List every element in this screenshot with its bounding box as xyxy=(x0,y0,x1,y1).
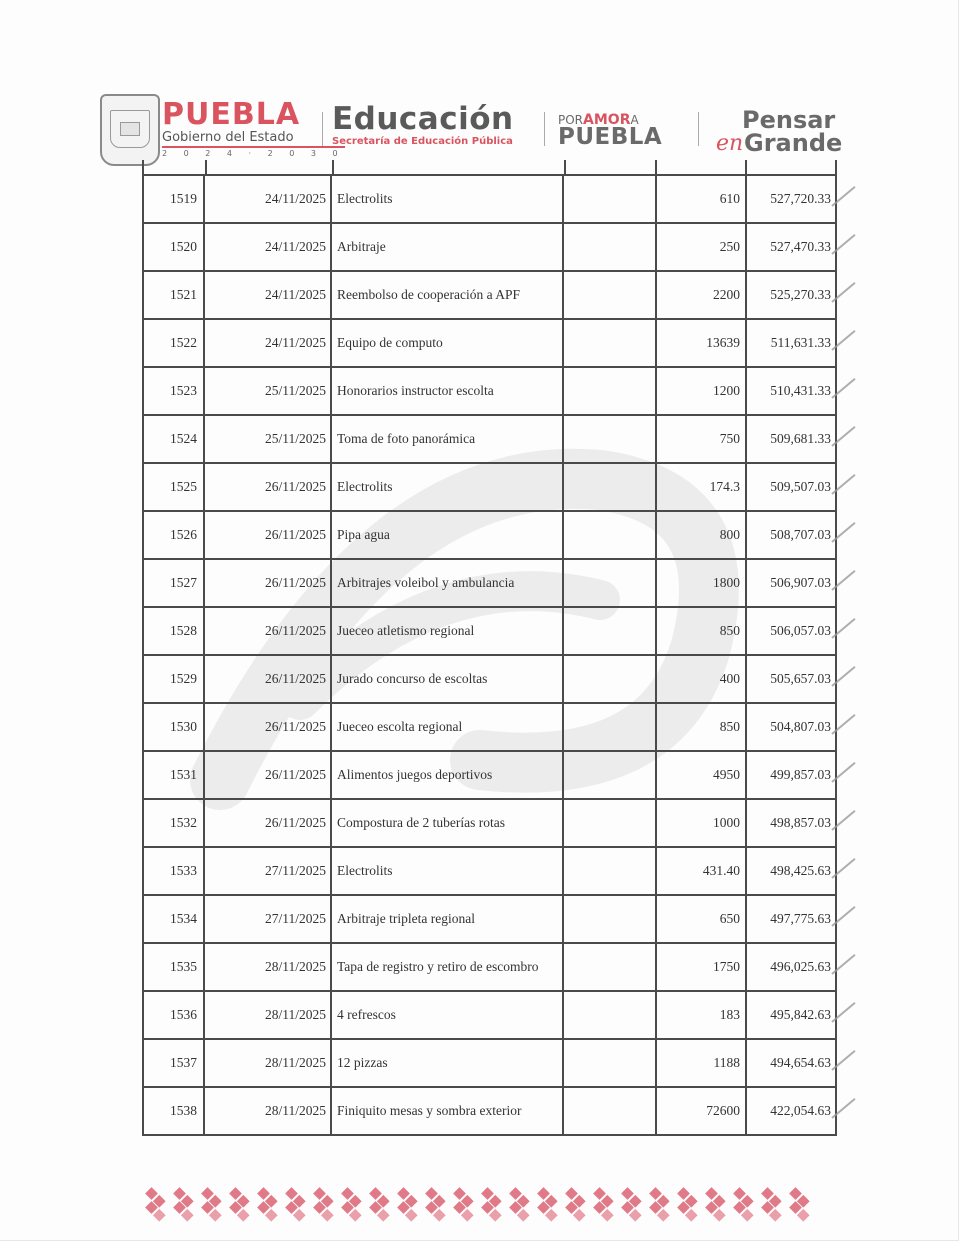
entry-amount: 610 xyxy=(656,175,746,223)
entry-blank xyxy=(563,175,656,223)
tile-motif-icon xyxy=(286,1185,308,1215)
tile-motif-icon xyxy=(594,1185,616,1215)
table-row: 1536 28/11/2025 4 refrescos 183 495,842.… xyxy=(143,991,836,1039)
entry-amount: 850 xyxy=(656,607,746,655)
entry-date: 25/11/2025 xyxy=(204,367,331,415)
entry-balance: 527,470.33 xyxy=(746,223,836,271)
entry-number: 1529 xyxy=(143,655,204,703)
entry-date: 28/11/2025 xyxy=(204,943,331,991)
entry-balance: 506,057.03 xyxy=(746,607,836,655)
entry-number: 1536 xyxy=(143,991,204,1039)
entry-description: Alimentos juegos deportivos xyxy=(331,751,563,799)
entry-date: 27/11/2025 xyxy=(204,895,331,943)
entry-number: 1530 xyxy=(143,703,204,751)
tile-motif-icon xyxy=(398,1185,420,1215)
entry-blank xyxy=(563,751,656,799)
entry-blank xyxy=(563,1039,656,1087)
entry-date: 26/11/2025 xyxy=(204,799,331,847)
entry-blank xyxy=(563,367,656,415)
table-row: 1523 25/11/2025 Honorarios instructor es… xyxy=(143,367,836,415)
entry-amount: 850 xyxy=(656,703,746,751)
entry-balance: 527,720.33 xyxy=(746,175,836,223)
entry-number: 1525 xyxy=(143,463,204,511)
entry-date: 26/11/2025 xyxy=(204,511,331,559)
table-row: 1522 24/11/2025 Equipo de computo 13639 … xyxy=(143,319,836,367)
education-subtitle: Secretaría de Educación Pública xyxy=(332,136,514,148)
entry-date: 28/11/2025 xyxy=(204,991,331,1039)
entry-blank xyxy=(563,607,656,655)
entry-balance: 498,857.03 xyxy=(746,799,836,847)
entry-amount: 13639 xyxy=(656,319,746,367)
entry-description: Jurado concurso de escoltas xyxy=(331,655,563,703)
entry-number: 1522 xyxy=(143,319,204,367)
entry-number: 1535 xyxy=(143,943,204,991)
entry-balance: 525,270.33 xyxy=(746,271,836,319)
table-row: 1525 26/11/2025 Electrolits 174.3 509,50… xyxy=(143,463,836,511)
table-row: 1526 26/11/2025 Pipa agua 800 508,707.03 xyxy=(143,511,836,559)
entry-date: 27/11/2025 xyxy=(204,847,331,895)
state-name: PUEBLA xyxy=(162,100,345,130)
entry-blank xyxy=(563,991,656,1039)
entry-date: 24/11/2025 xyxy=(204,319,331,367)
grande-word: Grande xyxy=(744,130,842,156)
tile-motif-icon xyxy=(622,1185,644,1215)
entry-balance: 499,857.03 xyxy=(746,751,836,799)
entry-description: Electrolits xyxy=(331,463,563,511)
entry-date: 24/11/2025 xyxy=(204,223,331,271)
entry-description: Electrolits xyxy=(331,847,563,895)
expense-ledger-table: 1519 24/11/2025 Electrolits 610 527,720.… xyxy=(142,174,837,1136)
table-row: 1521 24/11/2025 Reembolso de cooperación… xyxy=(143,271,836,319)
tile-motif-icon xyxy=(762,1185,784,1215)
tile-motif-icon xyxy=(538,1185,560,1215)
state-logo: PUEBLA Gobierno del Estado 2 0 2 4 · 2 0… xyxy=(162,100,345,159)
table-row: 1533 27/11/2025 Electrolits 431.40 498,4… xyxy=(143,847,836,895)
entry-balance: 508,707.03 xyxy=(746,511,836,559)
entry-number: 1519 xyxy=(143,175,204,223)
entry-number: 1520 xyxy=(143,223,204,271)
entry-number: 1527 xyxy=(143,559,204,607)
footer-decoration xyxy=(146,1185,816,1219)
tile-motif-icon xyxy=(566,1185,588,1215)
logo-divider xyxy=(698,112,699,146)
tile-motif-icon xyxy=(734,1185,756,1215)
entry-description: Toma de foto panorámica xyxy=(331,415,563,463)
logo-divider xyxy=(322,112,323,146)
entry-number: 1528 xyxy=(143,607,204,655)
letterhead: PUEBLA Gobierno del Estado 2 0 2 4 · 2 0… xyxy=(98,92,878,172)
entry-amount: 72600 xyxy=(656,1087,746,1135)
entry-description: Compostura de 2 tuberías rotas xyxy=(331,799,563,847)
entry-date: 28/11/2025 xyxy=(204,1087,331,1135)
table-row: 1535 28/11/2025 Tapa de registro y retir… xyxy=(143,943,836,991)
entry-description: Equipo de computo xyxy=(331,319,563,367)
entry-date: 25/11/2025 xyxy=(204,415,331,463)
entry-balance: 510,431.33 xyxy=(746,367,836,415)
entry-blank xyxy=(563,655,656,703)
entry-date: 26/11/2025 xyxy=(204,751,331,799)
entry-amount: 650 xyxy=(656,895,746,943)
entry-blank xyxy=(563,1087,656,1135)
entry-balance: 505,657.03 xyxy=(746,655,836,703)
entry-balance: 509,507.03 xyxy=(746,463,836,511)
entry-description: Finiquito mesas y sombra exterior xyxy=(331,1087,563,1135)
entry-amount: 431.40 xyxy=(656,847,746,895)
entry-description: 12 pizzas xyxy=(331,1039,563,1087)
entry-blank xyxy=(563,415,656,463)
tile-motif-icon xyxy=(342,1185,364,1215)
entry-balance: 422,054.63 xyxy=(746,1087,836,1135)
table-row: 1532 26/11/2025 Compostura de 2 tuberías… xyxy=(143,799,836,847)
table-row: 1524 25/11/2025 Toma de foto panorámica … xyxy=(143,415,836,463)
entry-amount: 174.3 xyxy=(656,463,746,511)
entry-blank xyxy=(563,943,656,991)
entry-date: 26/11/2025 xyxy=(204,607,331,655)
tile-motif-icon xyxy=(314,1185,336,1215)
entry-balance: 494,654.63 xyxy=(746,1039,836,1087)
tile-motif-icon xyxy=(146,1185,168,1215)
table-row: 1519 24/11/2025 Electrolits 610 527,720.… xyxy=(143,175,836,223)
entry-blank xyxy=(563,559,656,607)
entry-blank xyxy=(563,271,656,319)
entry-number: 1524 xyxy=(143,415,204,463)
entry-amount: 1750 xyxy=(656,943,746,991)
tile-motif-icon xyxy=(454,1185,476,1215)
entry-amount: 1200 xyxy=(656,367,746,415)
tile-motif-icon xyxy=(790,1185,812,1215)
entry-balance: 511,631.33 xyxy=(746,319,836,367)
entry-amount: 1000 xyxy=(656,799,746,847)
tile-motif-icon xyxy=(650,1185,672,1215)
table-row: 1538 28/11/2025 Finiquito mesas y sombra… xyxy=(143,1087,836,1135)
entry-balance: 498,425.63 xyxy=(746,847,836,895)
entry-number: 1521 xyxy=(143,271,204,319)
entry-balance: 495,842.63 xyxy=(746,991,836,1039)
entry-amount: 800 xyxy=(656,511,746,559)
entry-date: 26/11/2025 xyxy=(204,655,331,703)
logo-divider xyxy=(544,112,545,146)
tile-motif-icon xyxy=(370,1185,392,1215)
table-row: 1527 26/11/2025 Arbitrajes voleibol y am… xyxy=(143,559,836,607)
entry-number: 1533 xyxy=(143,847,204,895)
table-row: 1537 28/11/2025 12 pizzas 1188 494,654.6… xyxy=(143,1039,836,1087)
tile-motif-icon xyxy=(510,1185,532,1215)
entry-blank xyxy=(563,847,656,895)
entry-balance: 509,681.33 xyxy=(746,415,836,463)
table-row: 1534 27/11/2025 Arbitraje tripleta regio… xyxy=(143,895,836,943)
entry-description: Arbitrajes voleibol y ambulancia xyxy=(331,559,563,607)
tile-motif-icon xyxy=(706,1185,728,1215)
entry-description: Tapa de registro y retiro de escombro xyxy=(331,943,563,991)
education-logo: Educación Secretaría de Educación Públic… xyxy=(332,102,514,148)
entry-balance: 506,907.03 xyxy=(746,559,836,607)
state-crest-icon xyxy=(100,94,160,166)
tile-motif-icon xyxy=(174,1185,196,1215)
entry-number: 1523 xyxy=(143,367,204,415)
entry-number: 1531 xyxy=(143,751,204,799)
entry-balance: 496,025.63 xyxy=(746,943,836,991)
entry-amount: 1188 xyxy=(656,1039,746,1087)
entry-date: 26/11/2025 xyxy=(204,703,331,751)
entry-date: 26/11/2025 xyxy=(204,559,331,607)
entry-date: 24/11/2025 xyxy=(204,175,331,223)
tile-motif-icon xyxy=(258,1185,280,1215)
tile-motif-icon xyxy=(678,1185,700,1215)
entry-number: 1526 xyxy=(143,511,204,559)
entry-amount: 750 xyxy=(656,415,746,463)
tile-motif-icon xyxy=(426,1185,448,1215)
tile-motif-icon xyxy=(230,1185,252,1215)
entry-blank xyxy=(563,463,656,511)
entry-description: Honorarios instructor escolta xyxy=(331,367,563,415)
tile-motif-icon xyxy=(482,1185,504,1215)
entry-description: Pipa agua xyxy=(331,511,563,559)
entry-blank xyxy=(563,511,656,559)
state-subtitle: Gobierno del Estado xyxy=(162,130,345,148)
amor-puebla: PUEBLA xyxy=(558,126,662,148)
entry-blank xyxy=(563,799,656,847)
table-row: 1529 26/11/2025 Jurado concurso de escol… xyxy=(143,655,836,703)
entry-date: 26/11/2025 xyxy=(204,463,331,511)
entry-description: Arbitraje tripleta regional xyxy=(331,895,563,943)
entry-amount: 2200 xyxy=(656,271,746,319)
entry-amount: 1800 xyxy=(656,559,746,607)
entry-blank xyxy=(563,319,656,367)
entry-amount: 183 xyxy=(656,991,746,1039)
entry-description: Reembolso de cooperación a APF xyxy=(331,271,563,319)
education-title: Educación xyxy=(332,102,514,136)
table-row: 1531 26/11/2025 Alimentos juegos deporti… xyxy=(143,751,836,799)
table-row: 1528 26/11/2025 Jueceo atletismo regiona… xyxy=(143,607,836,655)
entry-blank xyxy=(563,895,656,943)
entry-description: Electrolits xyxy=(331,175,563,223)
pensar-en-grande-logo: Pensar en Grande xyxy=(716,108,876,158)
entry-balance: 504,807.03 xyxy=(746,703,836,751)
entry-amount: 250 xyxy=(656,223,746,271)
entry-description: Jueceo escolta regional xyxy=(331,703,563,751)
entry-description: Jueceo atletismo regional xyxy=(331,607,563,655)
entry-number: 1538 xyxy=(143,1087,204,1135)
entry-amount: 400 xyxy=(656,655,746,703)
entry-number: 1534 xyxy=(143,895,204,943)
entry-number: 1537 xyxy=(143,1039,204,1087)
entry-amount: 4950 xyxy=(656,751,746,799)
entry-blank xyxy=(563,223,656,271)
por-amor-a-puebla-logo: PORAMORA PUEBLA xyxy=(558,114,662,148)
entry-description: 4 refrescos xyxy=(331,991,563,1039)
entry-blank xyxy=(563,703,656,751)
entry-number: 1532 xyxy=(143,799,204,847)
en-word: en xyxy=(716,132,743,156)
state-years: 2 0 2 4 · 2 0 3 0 xyxy=(162,148,345,159)
entry-date: 24/11/2025 xyxy=(204,271,331,319)
entry-date: 28/11/2025 xyxy=(204,1039,331,1087)
entry-description: Arbitraje xyxy=(331,223,563,271)
entry-balance: 497,775.63 xyxy=(746,895,836,943)
tile-motif-icon xyxy=(202,1185,224,1215)
table-row: 1520 24/11/2025 Arbitraje 250 527,470.33 xyxy=(143,223,836,271)
table-row: 1530 26/11/2025 Jueceo escolta regional … xyxy=(143,703,836,751)
